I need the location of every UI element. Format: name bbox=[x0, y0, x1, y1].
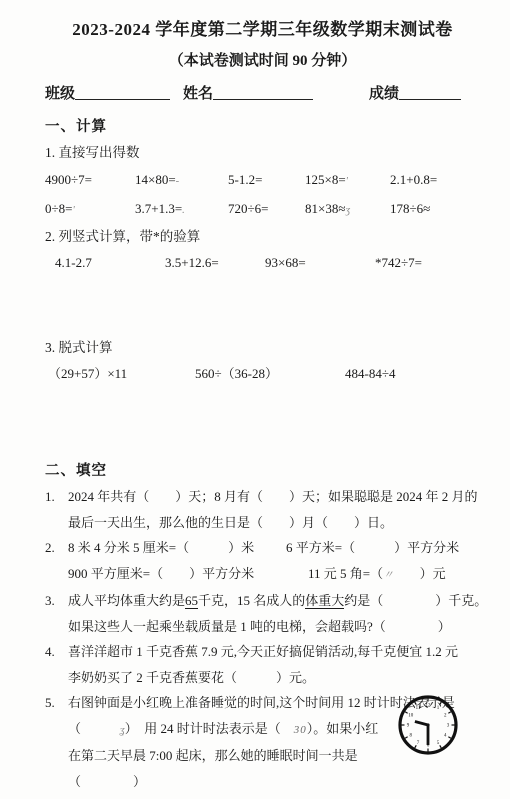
calc-expression: 5-1.2= bbox=[228, 172, 262, 187]
step-calc-heading: 3. 脱式计算 bbox=[45, 335, 480, 361]
work-space bbox=[45, 276, 480, 335]
quick-calc-heading: 1. 直接写出得数 bbox=[45, 140, 480, 166]
fill-question-3: 3.成人平均体重大约是65千克，15 名成人的体重大约是（ ）千克。 如果这些人… bbox=[45, 588, 480, 639]
handwriting-mark: - bbox=[176, 176, 180, 187]
calc-expression: *742÷7= bbox=[375, 250, 480, 276]
question-text: （ bbox=[68, 721, 120, 736]
clock-number: 4 bbox=[444, 734, 447, 739]
fill-question-2: 2.8 米 4 分米 5 厘米=（ ）米6 平方米=（ ）平方分米 900 平方… bbox=[45, 535, 480, 588]
calc-expression: 14×80= bbox=[135, 172, 176, 187]
calc-expression: 4900÷7= bbox=[45, 172, 92, 187]
hour-hand bbox=[415, 722, 428, 726]
clock-figure: 12 1 2 3 4 5 6 7 8 9 10 11 bbox=[397, 694, 459, 756]
question-text: 喜洋洋超市 1 千克香蕉 7.9 元,今天正好搞促销活动,每千克便宜 1.2 元 bbox=[68, 644, 458, 659]
question-text: 约是（ ）千克。 bbox=[344, 593, 487, 608]
calc-item: 0÷8=ʹ bbox=[45, 195, 135, 224]
clock-number: 1 bbox=[437, 706, 440, 711]
exam-paper: 2023-2024 学年度第二学期三年级数学期末测试卷 （本试卷测试时间 90 … bbox=[0, 0, 510, 799]
calc-expression: 4.1-2.7 bbox=[55, 250, 165, 276]
student-info-row: 班级姓名成绩 bbox=[45, 82, 480, 106]
question-text: 在第二天早晨 7:00 起床，那么她的睡眠时间一共是 bbox=[68, 748, 358, 763]
vertical-calc-row: 4.1-2.7 3.5+12.6= 93×68= *742÷7= bbox=[55, 250, 480, 276]
quick-calc-row-2: 0÷8=ʹ 3.7+1.3=. 720÷6= 81×38≈ʒ 178÷6≈ bbox=[45, 195, 480, 224]
clock-number: 9 bbox=[407, 724, 410, 729]
question-text: （ ） bbox=[68, 774, 146, 789]
section-1-heading: 一、计算 bbox=[45, 114, 480, 140]
question-text: ）。如果小红 bbox=[307, 721, 379, 736]
page-title: 2023-2024 学年度第二学期三年级数学期末测试卷 bbox=[45, 16, 480, 44]
calc-expression: 81×38≈ bbox=[305, 201, 345, 216]
calc-item: 720÷6= bbox=[228, 195, 305, 224]
question-number: 4. bbox=[45, 639, 68, 665]
score-label: 成绩 bbox=[369, 86, 399, 102]
class-label: 班级 bbox=[45, 86, 75, 102]
fill-question-4: 4.喜洋洋超市 1 千克香蕉 7.9 元,今天正好搞促销活动,每千克便宜 1.2… bbox=[45, 639, 480, 690]
calc-expression: 0÷8= bbox=[45, 201, 72, 216]
calc-expression: 484-84÷4 bbox=[345, 361, 480, 387]
clock-number: 3 bbox=[447, 724, 450, 729]
work-space bbox=[45, 387, 480, 450]
underlined-text: 体重大 bbox=[305, 593, 344, 609]
step-calc-row: （29+57）×11 560÷（36-28） 484-84÷4 bbox=[45, 361, 480, 387]
clock-face-icon: 12 1 2 3 4 5 6 7 8 9 10 11 bbox=[397, 694, 459, 756]
clock-number: 10 bbox=[408, 714, 414, 719]
calc-item: 14×80=- bbox=[135, 166, 228, 195]
question-text: 最后一天出生，那么他的生日是（ ）月（ ）日。 bbox=[68, 515, 393, 530]
calc-expression: 3.7+1.3= bbox=[135, 201, 182, 216]
section-2-heading: 二、填空 bbox=[45, 458, 480, 484]
calc-item: 81×38≈ʒ bbox=[305, 195, 390, 224]
calc-item: 4900÷7= bbox=[45, 166, 135, 195]
calc-expression: 178÷6≈ bbox=[390, 201, 430, 216]
vertical-calc-heading: 2. 列竖式计算，带*的验算 bbox=[45, 224, 480, 250]
underlined-value: 65 bbox=[185, 593, 198, 609]
question-text: 李奶奶买了 2 千克香蕉要花（ ）元。 bbox=[68, 670, 315, 685]
question-text: 千克，15 名成人的 bbox=[198, 593, 305, 608]
calc-item: 125×8=ʹ bbox=[305, 166, 390, 195]
clock-number: 5 bbox=[437, 741, 440, 746]
question-text: 2024 年共有（ ）天；8 月有（ ）天；如果聪聪是 2024 年 2 月的 bbox=[68, 489, 478, 504]
calc-expression: 93×68= bbox=[265, 250, 375, 276]
name-blank-line bbox=[213, 84, 313, 100]
calc-item: 5-1.2= bbox=[228, 166, 305, 195]
question-number: 1. bbox=[45, 484, 68, 510]
clock-number: 7 bbox=[417, 741, 420, 746]
clock-number: 8 bbox=[409, 734, 412, 739]
calc-expression: 125×8= bbox=[305, 172, 346, 187]
question-text: 成人平均体重大约是 bbox=[68, 593, 185, 608]
handwriting-mark: ʹ bbox=[346, 176, 348, 187]
class-blank-line bbox=[75, 84, 170, 100]
handwriting-mark: . bbox=[182, 205, 185, 216]
score-blank-line bbox=[399, 84, 461, 100]
question-text: 8 米 4 分米 5 厘米=（ ）米 bbox=[68, 535, 286, 561]
quick-calc-row-1: 4900÷7= 14×80=- 5-1.2= 125×8=ʹ 2.1+0.8= bbox=[45, 166, 480, 195]
question-number: 3. bbox=[45, 588, 68, 614]
calc-item: 3.7+1.3=. bbox=[135, 195, 228, 224]
question-text: 900 平方厘米=（ ）平方分米 bbox=[68, 561, 308, 587]
calc-expression: （29+57）×11 bbox=[48, 361, 195, 387]
calc-item: 2.1+0.8= bbox=[390, 166, 480, 195]
calc-expression: 2.1+0.8= bbox=[390, 172, 437, 187]
handwriting-mark: 30 bbox=[294, 724, 307, 736]
calc-item: 178÷6≈ bbox=[390, 195, 480, 224]
page-subtitle: （本试卷测试时间 90 分钟） bbox=[45, 50, 480, 72]
calc-expression: 560÷（36-28） bbox=[195, 361, 345, 387]
handwriting-mark: ʹ bbox=[72, 205, 74, 216]
question-text: ） 用 24 时计时法表示是（ bbox=[125, 721, 294, 736]
clock-number: 12 bbox=[426, 704, 432, 709]
clock-number: 11 bbox=[416, 706, 421, 711]
handwriting-mark: 〃 bbox=[383, 570, 394, 581]
question-text: ）元 bbox=[394, 566, 446, 581]
question-text: 11 元 5 角=（ bbox=[308, 566, 383, 581]
question-text: 如果这些人一起乘坐载质量是 1 吨的电梯，会超载吗?（ ） bbox=[68, 619, 451, 634]
question-text: 6 平方米=（ ）平方分米 bbox=[286, 540, 459, 555]
question-number: 5. bbox=[45, 690, 68, 716]
clock-number: 2 bbox=[444, 714, 447, 719]
calc-expression: 3.5+12.6= bbox=[165, 250, 265, 276]
name-label: 姓名 bbox=[183, 86, 213, 102]
question-number: 2. bbox=[45, 535, 68, 561]
handwriting-mark: ʒ bbox=[345, 205, 350, 216]
calc-expression: 720÷6= bbox=[228, 201, 268, 216]
fill-question-1: 1.2024 年共有（ ）天；8 月有（ ）天；如果聪聪是 2024 年 2 月… bbox=[45, 484, 480, 535]
